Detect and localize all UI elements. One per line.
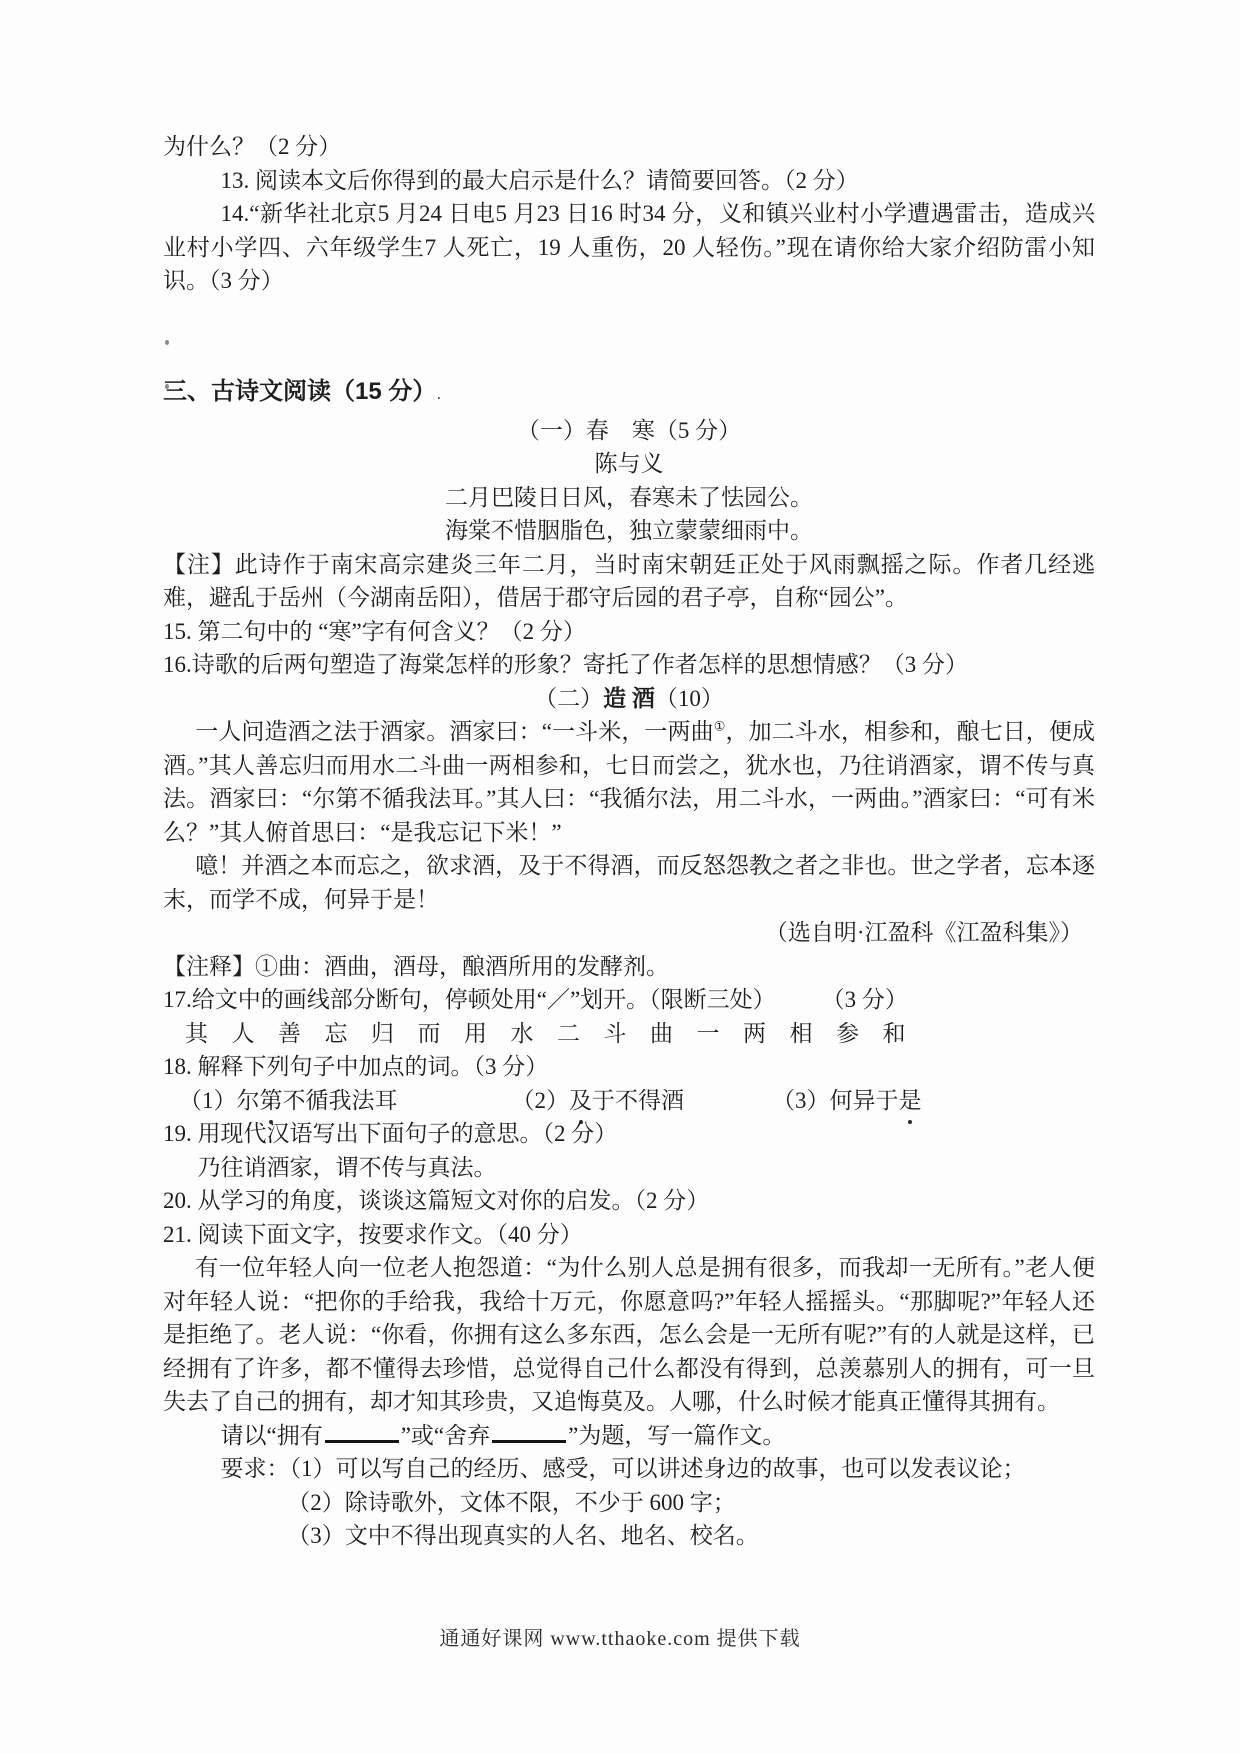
prose-paragraph-1: 一人问造酒之法于酒家。酒家曰：“一斗米，一两曲①，加二斗水，相参和，酿七日，便成…	[163, 715, 1095, 849]
question-15: 15. 第二句中的 “寒”字有何含义？（2 分）	[163, 615, 1095, 649]
prose-source: （选自明·江盈科《江盈科集》）	[163, 916, 1095, 950]
essay-requirement-2: （2）除诗歌外，文体不限，不少于 600 字；	[163, 1486, 1095, 1520]
question-13: 13. 阅读本文后你得到的最大启示是什么？请简要回答。（2 分）	[163, 164, 1095, 198]
prose-footnote: 【注释】①曲：酒曲，酒母，酿酒所用的发酵剂。	[163, 950, 1095, 984]
scan-artifact-dot	[165, 384, 169, 389]
footnote-marker: ①	[714, 718, 726, 733]
q18-item-3-pre: （3）何异于	[772, 1088, 899, 1113]
poem-note: 【注】此诗作于南宋高宗建炎三年二月，当时南宋朝廷正处于风雨飘摇之际。作者几经逃难…	[163, 548, 1095, 615]
poem-line-2: 海棠不惜胭脂色，独立蒙蒙细雨中。	[163, 514, 1095, 548]
section-3-title-text: 三、古诗文阅读（15 分）	[163, 378, 436, 405]
essay-requirement-1: 要求：（1）可以写自己的经历、感受，可以讲述身边的故事，也可以发表议论；	[163, 1452, 1095, 1486]
section-3-title: 三、古诗文阅读（15 分）.	[163, 374, 1095, 411]
q18-item-2-post: 于不得酒	[592, 1088, 684, 1113]
essay-title-line: 请以“拥有”或“舍弃”为题，写一篇作文。	[163, 1419, 1095, 1453]
question-17: 17.给文中的画线部分断句，停顿处用“／”划开。（限断三处） （3 分）	[163, 983, 1095, 1017]
essay-title-pre: 请以“拥有	[221, 1423, 323, 1448]
essay-title-mid: ”或“舍弃	[401, 1423, 490, 1448]
question-14: 14.“新华社北京5 月24 日电5 月23 日16 时34 分，义和镇兴业村小…	[163, 197, 1095, 298]
question-18: 18. 解释下列句子中加点的词。（3 分）	[163, 1050, 1095, 1084]
blank-line-2	[492, 1419, 566, 1443]
q18-item-1-post: 不循我法耳	[283, 1088, 398, 1113]
question-19: 19. 用现代汉语写出下面句子的意思。（2 分）	[163, 1117, 1095, 1151]
q18-item-2: （2）及于不得酒	[512, 1088, 685, 1113]
question-19-sentence: 乃往诮酒家，谓不传与真法。	[163, 1151, 1095, 1185]
exam-body: 为什么？（2 分） 13. 阅读本文后你得到的最大启示是什么？请简要回答。（2 …	[163, 130, 1095, 1553]
prose-heading-score: （10）	[655, 686, 724, 711]
prose-paragraph-1-a: 一人问造酒之法于酒家。酒家曰：“一斗米，一两曲	[195, 719, 714, 744]
prose-heading-number: （二）	[534, 686, 603, 711]
prose-heading-title: 造 酒	[603, 686, 655, 711]
q18-item-2-pre: （2）	[512, 1088, 570, 1113]
q18-item-1-dotted-char: 第	[260, 1084, 283, 1118]
prose-paragraph-2: 噫！并酒之本而忘之，欲求酒，及于不得酒，而反怒怨教之者之非也。世之学者，忘本逐末…	[163, 849, 1095, 916]
question-20: 20. 从学习的角度，谈谈这篇短文对你的启发。（2 分）	[163, 1184, 1095, 1218]
scan-artifact-dot	[165, 340, 169, 345]
page-footer: 通通好课网 www.tthaoke.com 提供下载	[0, 1622, 1240, 1651]
q18-item-3-dotted-char: 是	[899, 1084, 922, 1118]
scan-artifact-period: .	[436, 383, 441, 403]
question-21: 21. 阅读下面文字，按要求作文。（40 分）	[163, 1218, 1095, 1252]
q18-item-2-dotted-char: 及	[569, 1084, 592, 1118]
q18-item-3: （3）何异于是	[772, 1088, 922, 1113]
question-17-sentence: 其人善忘归而用水二斗曲一两相参和	[163, 1017, 1095, 1051]
essay-requirement-3: （3）文中不得出现真实的人名、地名、校名。	[163, 1519, 1095, 1553]
blank-line-1	[325, 1419, 399, 1443]
poem-line-1: 二月巴陵日日风，春寒未了怯园公。	[163, 481, 1095, 515]
poem-heading: （一）春 寒（5 分）	[163, 414, 1095, 448]
q18-item-1-pre: （1）尔	[179, 1088, 260, 1113]
question-16: 16.诗歌的后两句塑造了海棠怎样的形象？寄托了作者怎样的思想情感？（3 分）	[163, 648, 1095, 682]
prose-heading: （二）造 酒（10）	[163, 682, 1095, 716]
exam-page: 为什么？（2 分） 13. 阅读本文后你得到的最大启示是什么？请简要回答。（2 …	[0, 0, 1240, 1754]
essay-story: 有一位年轻人向一位老人抱怨道：“为什么别人总是拥有很多，而我却一无所有。”老人便…	[163, 1251, 1095, 1419]
q18-item-1: （1）尔第不循我法耳	[179, 1088, 398, 1113]
poem-author: 陈与义	[163, 447, 1095, 481]
question-12-tail: 为什么？（2 分）	[163, 130, 1095, 164]
question-18-items: （1）尔第不循我法耳（2）及于不得酒（3）何异于是	[163, 1084, 1095, 1118]
essay-title-post: ”为题，写一篇作文。	[568, 1423, 785, 1448]
